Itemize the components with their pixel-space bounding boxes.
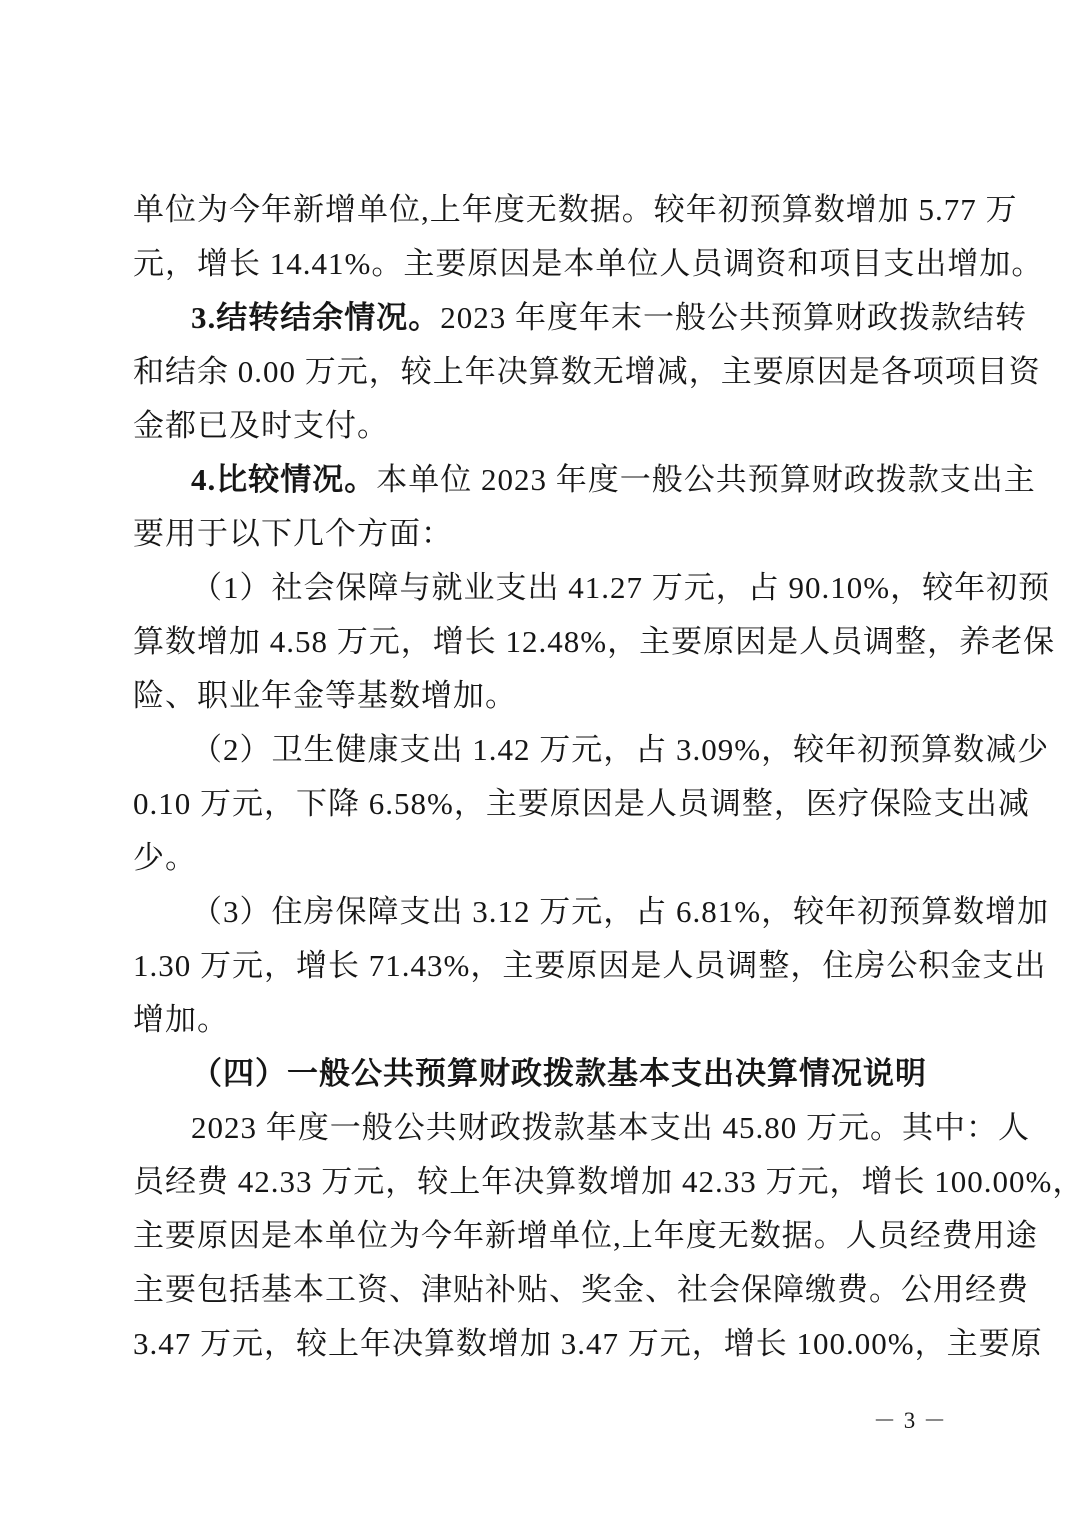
- document-body: 单位为今年新增单位,上年度无数据。较年初预算数增加 5.77 万元，增长 14.…: [133, 183, 957, 1371]
- text-segment: 3.47 万元，较上年决算数增加 3.47 万元，增长 100.00%，主要原: [133, 1326, 1043, 1361]
- heading-segment: 3.结转结余情况。: [191, 300, 440, 335]
- text-line: 2023 年度一般公共财政拨款基本支出 45.80 万元。其中：人: [133, 1101, 957, 1155]
- text-line: （1）社会保障与就业支出 41.27 万元，占 90.10%，较年初预: [133, 561, 957, 615]
- text-segment: 增加。: [133, 1002, 229, 1037]
- text-segment: 1.30 万元，增长 71.43%，主要原因是人员调整，住房公积金支出: [133, 948, 1046, 983]
- text-segment: 0.10 万元，下降 6.58%，主要原因是人员调整，医疗保险支出减: [133, 786, 1030, 821]
- text-segment: 员经费 42.33 万元，较上年决算数增加 42.33 万元，增长 100.00…: [133, 1164, 1075, 1199]
- text-line: 增加。: [133, 993, 957, 1047]
- text-segment: （2）卫生健康支出 1.42 万元，占 3.09%，较年初预算数减少: [191, 732, 1049, 767]
- text-line: （四）一般公共预算财政拨款基本支出决算情况说明: [133, 1047, 957, 1101]
- text-segment: 要用于以下几个方面：: [133, 516, 453, 551]
- page-number: － 3 －: [873, 1406, 947, 1436]
- text-line: （2）卫生健康支出 1.42 万元，占 3.09%，较年初预算数减少: [133, 723, 957, 777]
- text-segment: 2023 年度一般公共财政拨款基本支出 45.80 万元。其中：人: [191, 1110, 1030, 1145]
- text-segment: （3）住房保障支出 3.12 万元，占 6.81%，较年初预算数增加: [191, 894, 1049, 929]
- text-segment: 本单位 2023 年度一般公共预算财政拨款支出主: [376, 462, 1036, 497]
- text-line: 金都已及时支付。: [133, 399, 957, 453]
- text-segment: 金都已及时支付。: [133, 408, 389, 443]
- text-segment: 元，增长 14.41%。主要原因是本单位人员调资和项目支出增加。: [133, 246, 1043, 281]
- text-segment: 主要原因是本单位为今年新增单位,上年度无数据。人员经费用途: [133, 1218, 1038, 1253]
- text-line: 3.结转结余情况。2023 年度年末一般公共预算财政拨款结转: [133, 291, 957, 345]
- text-line: 3.47 万元，较上年决算数增加 3.47 万元，增长 100.00%，主要原: [133, 1317, 957, 1371]
- text-segment: 单位为今年新增单位,上年度无数据。较年初预算数增加 5.77 万: [133, 192, 1018, 227]
- text-segment: 和结余 0.00 万元，较上年决算数无增减，主要原因是各项项目资: [133, 354, 1041, 389]
- text-line: 单位为今年新增单位,上年度无数据。较年初预算数增加 5.77 万: [133, 183, 957, 237]
- text-segment: （1）社会保障与就业支出 41.27 万元，占 90.10%，较年初预: [191, 570, 1050, 605]
- text-segment: 险、职业年金等基数增加。: [133, 678, 517, 713]
- text-line: 4.比较情况。本单位 2023 年度一般公共预算财政拨款支出主: [133, 453, 957, 507]
- text-line: 和结余 0.00 万元，较上年决算数无增减，主要原因是各项项目资: [133, 345, 957, 399]
- text-segment: 算数增加 4.58 万元，增长 12.48%，主要原因是人员调整，养老保: [133, 624, 1055, 659]
- heading-segment: （四）一般公共预算财政拨款基本支出决算情况说明: [191, 1056, 927, 1091]
- text-line: 0.10 万元，下降 6.58%，主要原因是人员调整，医疗保险支出减: [133, 777, 957, 831]
- text-line: 1.30 万元，增长 71.43%，主要原因是人员调整，住房公积金支出: [133, 939, 957, 993]
- text-line: 算数增加 4.58 万元，增长 12.48%，主要原因是人员调整，养老保: [133, 615, 957, 669]
- text-line: 要用于以下几个方面：: [133, 507, 957, 561]
- text-line: 少。: [133, 831, 957, 885]
- text-segment: 少。: [133, 840, 197, 875]
- text-segment: 主要包括基本工资、津贴补贴、奖金、社会保障缴费。公用经费: [133, 1272, 1029, 1307]
- heading-segment: 4.比较情况。: [191, 462, 376, 497]
- text-segment: 2023 年度年末一般公共预算财政拨款结转: [440, 300, 1027, 335]
- text-line: 员经费 42.33 万元，较上年决算数增加 42.33 万元，增长 100.00…: [133, 1155, 957, 1209]
- text-line: （3）住房保障支出 3.12 万元，占 6.81%，较年初预算数增加: [133, 885, 957, 939]
- text-line: 主要原因是本单位为今年新增单位,上年度无数据。人员经费用途: [133, 1209, 957, 1263]
- text-line: 主要包括基本工资、津贴补贴、奖金、社会保障缴费。公用经费: [133, 1263, 957, 1317]
- text-line: 元，增长 14.41%。主要原因是本单位人员调资和项目支出增加。: [133, 237, 957, 291]
- text-line: 险、职业年金等基数增加。: [133, 669, 957, 723]
- document-page: 单位为今年新增单位,上年度无数据。较年初预算数增加 5.77 万元，增长 14.…: [0, 0, 1075, 1520]
